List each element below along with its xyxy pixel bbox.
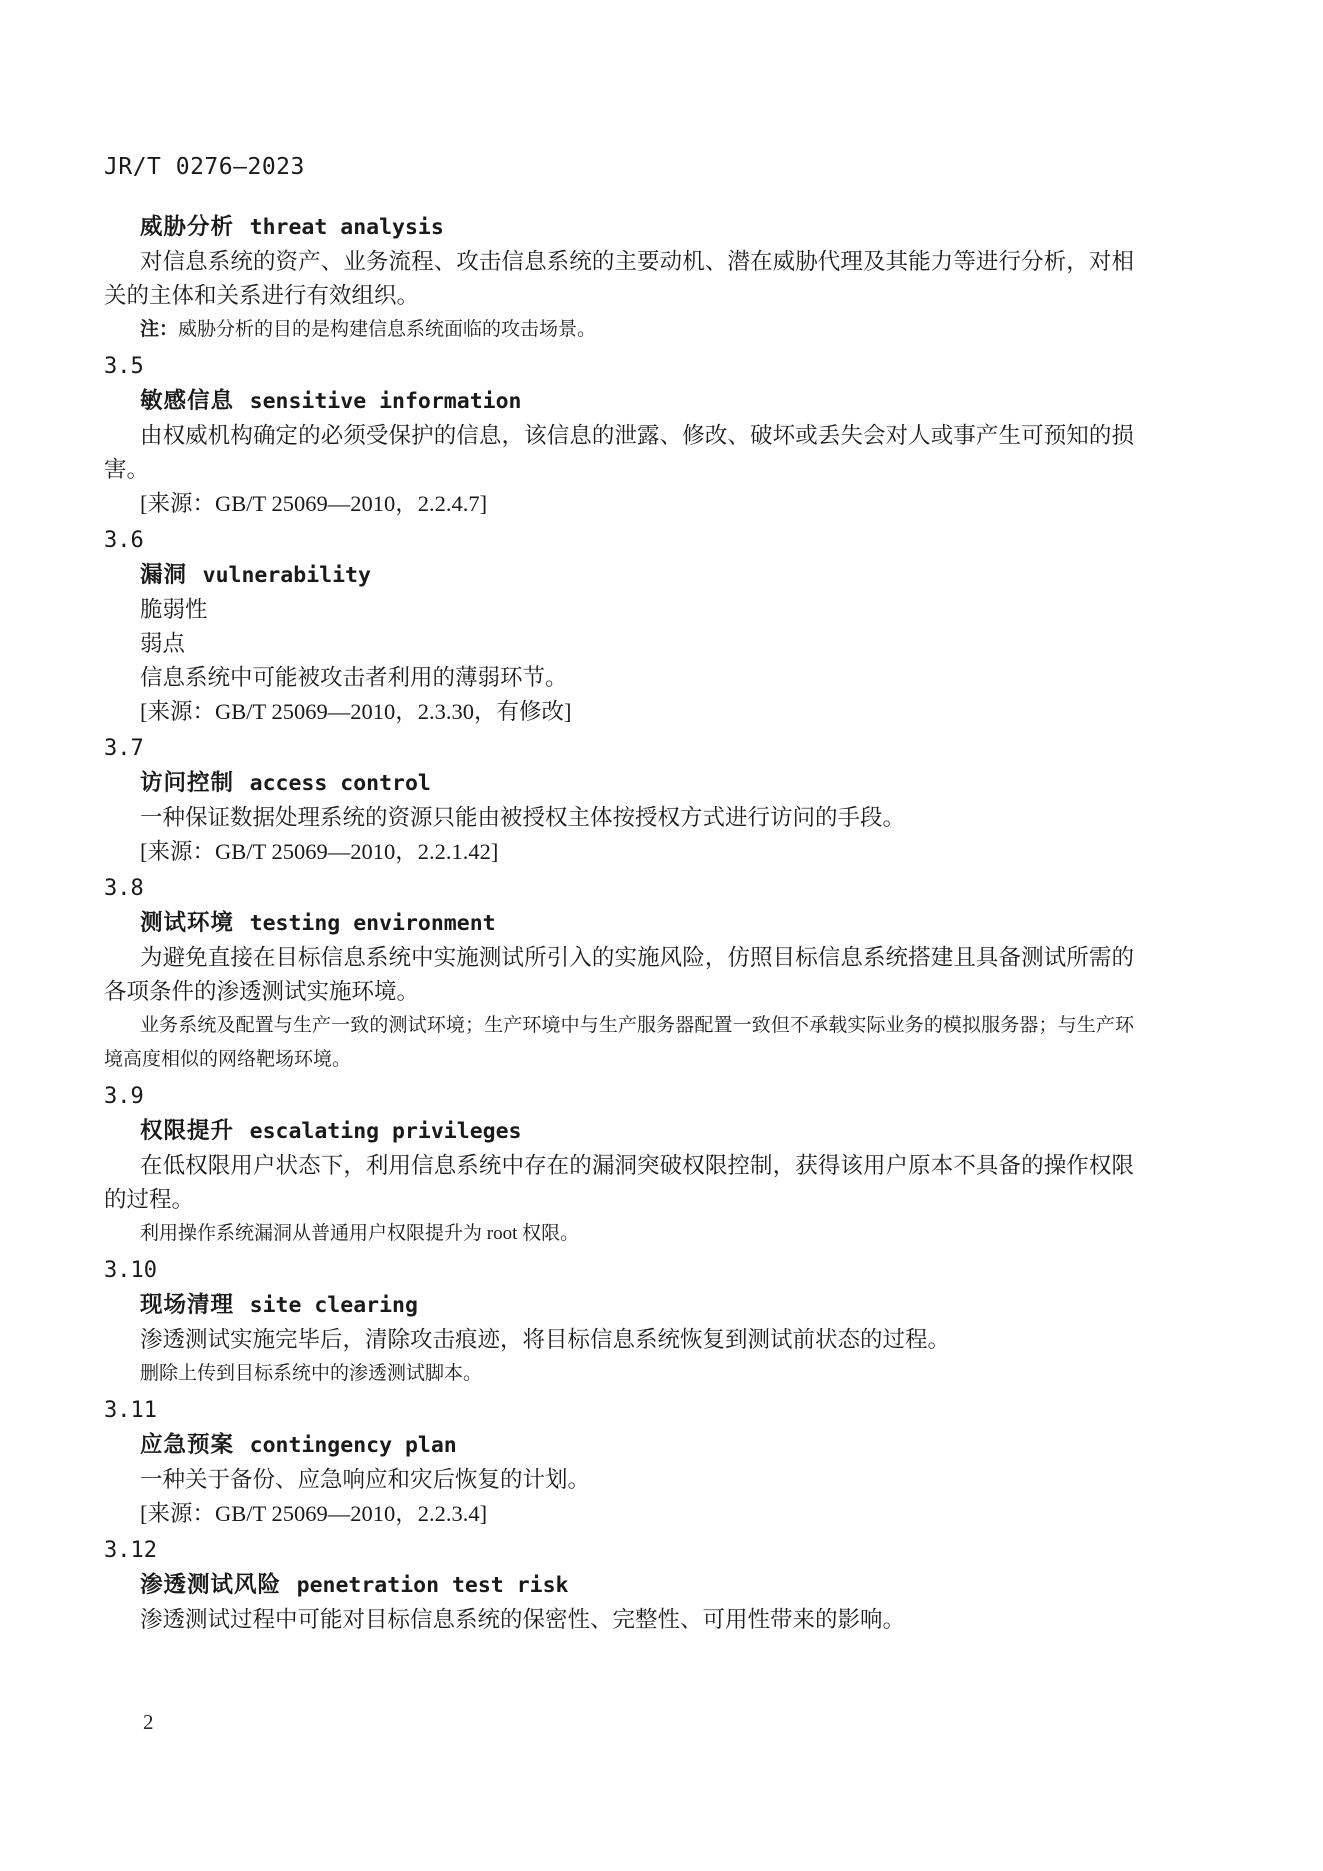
term-section-contingency-plan: 3.11 应急预案 contingency plan 一种关于备份、应急响应和灾… <box>104 1394 1134 1531</box>
term-heading: 现场清理 site clearing <box>104 1288 1134 1323</box>
term-heading: 渗透测试风险 penetration test risk <box>104 1568 1134 1603</box>
section-number: 3.9 <box>104 1080 1134 1114</box>
term-zh: 威胁分析 <box>140 214 234 239</box>
section-number: 3.10 <box>104 1254 1134 1288</box>
page-content: JR/T 0276—2023 威胁分析 threat analysis 对信息系… <box>104 150 1134 1637</box>
source-ref: [来源：GB/T 25069—2010，2.2.1.42] <box>104 835 1134 869</box>
definition: 为避免直接在目标信息系统中实施测试所引入的实施风险，仿照目标信息系统搭建且具备测… <box>104 941 1134 1009</box>
term-section-escalating-privileges: 3.9 权限提升 escalating privileges 在低权限用户状态下… <box>104 1080 1134 1251</box>
term-zh: 现场清理 <box>140 1292 234 1317</box>
example: 删除上传到目标系统中的渗透测试脚本。 <box>104 1357 1134 1391</box>
term-zh: 应急预案 <box>140 1432 234 1457</box>
example: 业务系统及配置与生产一致的测试环境；生产环境中与生产服务器配置一致但不承载实际业… <box>104 1009 1134 1077</box>
term-heading: 访问控制 access control <box>104 766 1134 801</box>
term-section-threat-analysis: 威胁分析 threat analysis 对信息系统的资产、业务流程、攻击信息系… <box>104 210 1134 347</box>
term-zh: 访问控制 <box>140 770 234 795</box>
term-en: contingency plan <box>250 1433 457 1458</box>
definition: 由权威机构确定的必须受保护的信息，该信息的泄露、修改、破坏或丢失会对人或事产生可… <box>104 419 1134 487</box>
term-section-sensitive-information: 3.5 敏感信息 sensitive information 由权威机构确定的必… <box>104 350 1134 521</box>
source-ref: [来源：GB/T 25069—2010，2.2.4.7] <box>104 487 1134 521</box>
section-number: 3.11 <box>104 1394 1134 1428</box>
page-number: 2 <box>143 1705 154 1739</box>
term-zh: 漏洞 <box>140 562 187 587</box>
definition: 一种保证数据处理系统的资源只能由被授权主体按授权方式进行访问的手段。 <box>104 801 1134 835</box>
definition: 对信息系统的资产、业务流程、攻击信息系统的主要动机、潜在威胁代理及其能力等进行分… <box>104 245 1134 313</box>
term-en: site clearing <box>250 1293 418 1318</box>
term-section-testing-environment: 3.8 测试环境 testing environment 为避免直接在目标信息系… <box>104 872 1134 1077</box>
section-number: 3.5 <box>104 350 1134 384</box>
definition: 渗透测试实施完毕后，清除攻击痕迹，将目标信息系统恢复到测试前状态的过程。 <box>104 1323 1134 1357</box>
term-section-penetration-test-risk: 3.12 渗透测试风险 penetration test risk 渗透测试过程… <box>104 1534 1134 1637</box>
term-en: testing environment <box>250 911 496 936</box>
term-heading: 威胁分析 threat analysis <box>104 210 1134 245</box>
definition: 渗透测试过程中可能对目标信息系统的保密性、完整性、可用性带来的影响。 <box>104 1603 1134 1637</box>
section-number: 3.8 <box>104 872 1134 906</box>
term-alias: 脆弱性 <box>104 593 1134 627</box>
definition: 信息系统中可能被攻击者利用的薄弱环节。 <box>104 661 1134 695</box>
doc-number: JR/T 0276—2023 <box>104 150 1134 184</box>
term-section-vulnerability: 3.6 漏洞 vulnerability 脆弱性 弱点 信息系统中可能被攻击者利… <box>104 524 1134 729</box>
section-number: 3.6 <box>104 524 1134 558</box>
note-label: 注： <box>140 319 178 340</box>
term-en: threat analysis <box>250 215 444 240</box>
term-heading: 漏洞 vulnerability <box>104 558 1134 593</box>
term-heading: 测试环境 testing environment <box>104 906 1134 941</box>
section-number: 3.12 <box>104 1534 1134 1568</box>
term-zh: 测试环境 <box>140 910 234 935</box>
term-heading: 权限提升 escalating privileges <box>104 1114 1134 1149</box>
term-heading: 敏感信息 sensitive information <box>104 384 1134 419</box>
definition: 在低权限用户状态下，利用信息系统中存在的漏洞突破权限控制，获得该用户原本不具备的… <box>104 1149 1134 1217</box>
term-section-access-control: 3.7 访问控制 access control 一种保证数据处理系统的资源只能由… <box>104 732 1134 869</box>
definition: 一种关于备份、应急响应和灾后恢复的计划。 <box>104 1463 1134 1497</box>
section-number: 3.7 <box>104 732 1134 766</box>
term-section-site-clearing: 3.10 现场清理 site clearing 渗透测试实施完毕后，清除攻击痕迹… <box>104 1254 1134 1391</box>
term-en: access control <box>250 771 431 796</box>
term-en: vulnerability <box>203 563 371 588</box>
source-ref: [来源：GB/T 25069—2010，2.3.30，有修改] <box>104 695 1134 729</box>
example: 利用操作系统漏洞从普通用户权限提升为 root 权限。 <box>104 1217 1134 1251</box>
term-zh: 渗透测试风险 <box>140 1572 281 1597</box>
term-zh: 权限提升 <box>140 1118 234 1143</box>
document-page: JR/T 0276—2023 威胁分析 threat analysis 对信息系… <box>0 0 1323 1871</box>
term-en: sensitive information <box>250 389 522 414</box>
note-text: 威胁分析的目的是构建信息系统面临的攻击场景。 <box>178 319 596 340</box>
source-ref: [来源：GB/T 25069—2010，2.2.3.4] <box>104 1497 1134 1531</box>
term-heading: 应急预案 contingency plan <box>104 1428 1134 1463</box>
term-en: penetration test risk <box>297 1573 569 1598</box>
note: 注：威胁分析的目的是构建信息系统面临的攻击场景。 <box>104 313 1134 347</box>
term-alias: 弱点 <box>104 627 1134 661</box>
term-zh: 敏感信息 <box>140 388 234 413</box>
term-en: escalating privileges <box>250 1119 522 1144</box>
